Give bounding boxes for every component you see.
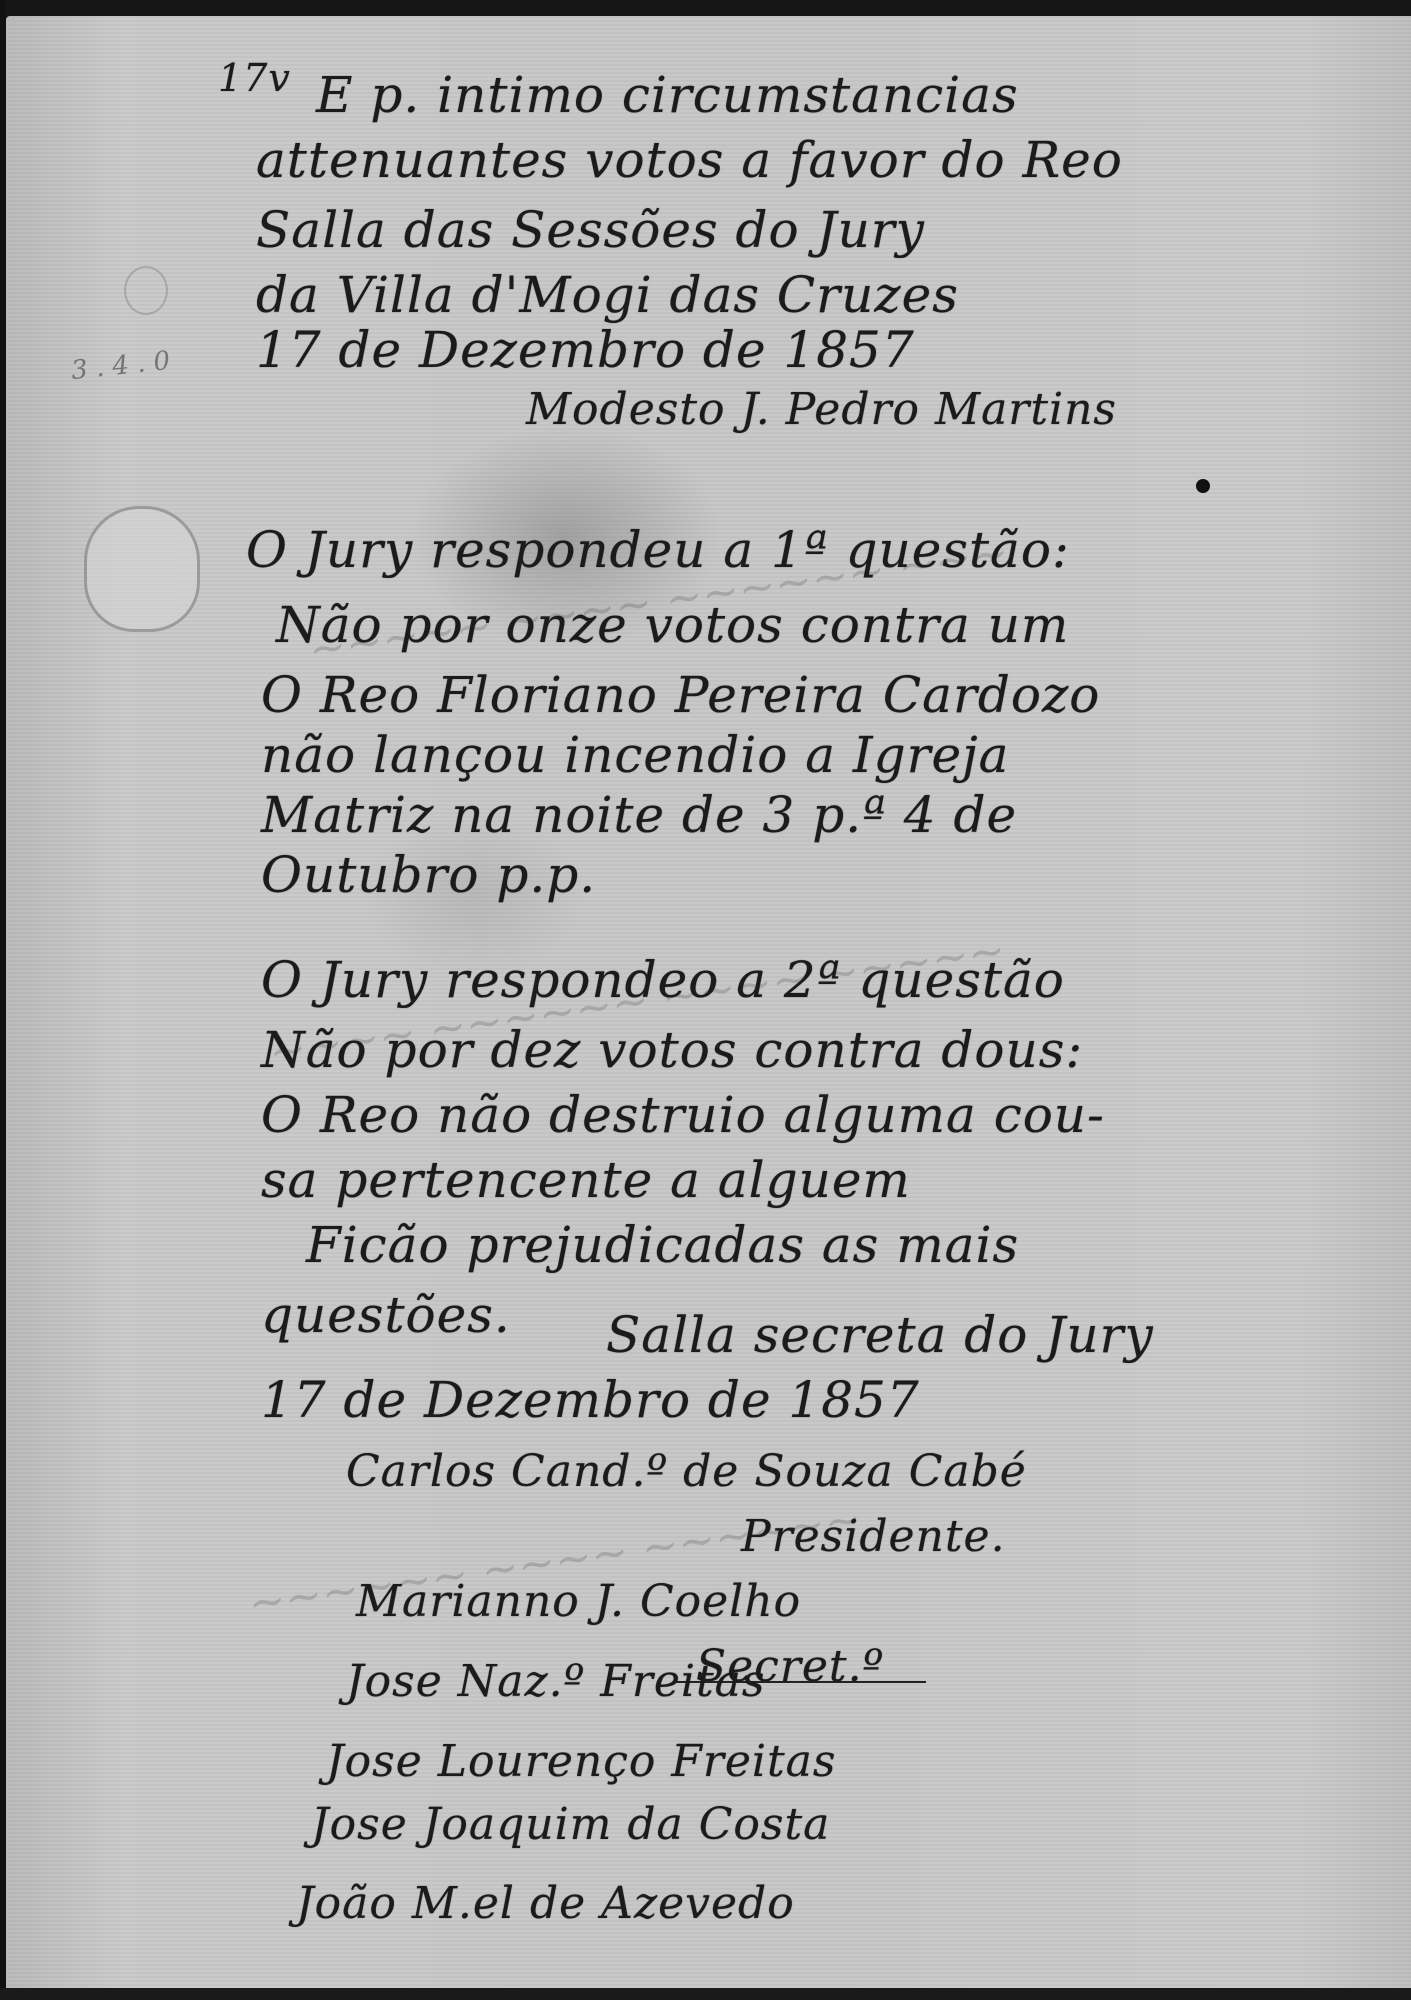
signature-carlos: Carlos Cand.º de Souza Cabé (346, 1446, 1027, 1497)
text-line: 17 de Dezembro de 1857 (261, 1371, 920, 1429)
text-line: O Reo não destruio alguma cou- (261, 1086, 1105, 1144)
text-line: E p. intimo circumstancias (316, 66, 1019, 124)
manuscript-page: ~~~~~ ~~~~ ~~~~~~ ~~~ ~~~~ ~~~~~~ ~~~~ ~… (6, 16, 1411, 1988)
text-line: 17 de Dezembro de 1857 (256, 321, 915, 379)
paper-stain (124, 266, 168, 315)
signature-joao-azevedo: João M.el de Azevedo (296, 1878, 795, 1929)
text-line: attenuantes votos a favor do Reo (256, 131, 1123, 189)
margin-note: 3 . 4 . 0 (70, 346, 172, 386)
signature-modesto: Modesto J. Pedro Martins (526, 384, 1117, 435)
text-line: questões. (261, 1286, 511, 1344)
ink-dot (1196, 479, 1210, 493)
text-line: Salla das Sessões do Jury (256, 201, 925, 259)
text-line: Ficão prejudicadas as mais (306, 1216, 1019, 1274)
signature-marianno: Marianno J. Coelho (356, 1576, 801, 1627)
binding-hole (84, 506, 200, 632)
text-line: O Jury respondeu a 1ª questão: (246, 521, 1070, 579)
text-line: Outubro p.p. (261, 846, 596, 904)
signature-jose-joaquim: Jose Joaquim da Costa (311, 1799, 830, 1850)
text-line: Não por onze votos contra um (276, 596, 1069, 654)
text-line: O Reo Floriano Pereira Cardozo (261, 666, 1100, 724)
signature-jose-lourenco: Jose Lourenço Freitas (326, 1736, 836, 1787)
text-line: Matriz na noite de 3 p.ª 4 de (261, 786, 1017, 844)
text-line: da Villa d'Mogi das Cruzes (256, 266, 959, 324)
text-line: Salla secreta do Jury (606, 1306, 1154, 1364)
role-presidente: Presidente. (741, 1511, 1006, 1562)
scan-bottom-edge (0, 1988, 1411, 2000)
text-line: Não por dez votos contra dous: (261, 1021, 1083, 1079)
text-line: sa pertencente a alguem (261, 1151, 911, 1209)
text-line: não lançou incendio a Igreja (261, 726, 1009, 784)
text-line: O Jury respondeo a 2ª questão (261, 951, 1065, 1009)
signature-jose-nazario: Jose Naz.º Freitas (346, 1656, 765, 1707)
folio-mark: 17v (218, 56, 291, 100)
